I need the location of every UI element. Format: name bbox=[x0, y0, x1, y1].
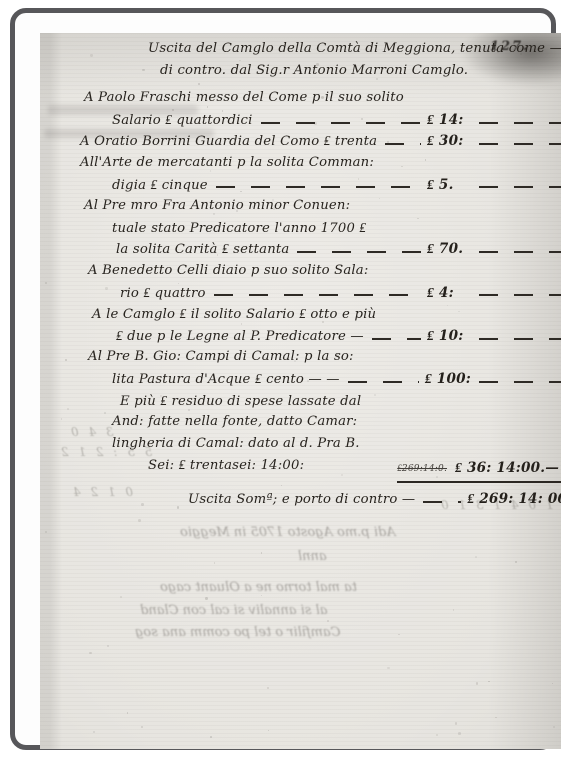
paper-speck bbox=[376, 78, 378, 80]
paper-speck bbox=[515, 561, 517, 563]
manuscript-line: A Benedetto Celli diaio p suo solito Sal… bbox=[40, 263, 561, 285]
trailing-dash-run bbox=[479, 381, 561, 383]
paper-speck bbox=[387, 667, 389, 669]
bleedthrough-text: al si annaliv si cal con Cland bbox=[140, 603, 327, 618]
amount-value: ₤ 5. bbox=[427, 177, 471, 193]
manuscript-line: E più ₤ residuo di spese lassate dal bbox=[40, 393, 561, 415]
manuscript-line: tuale stato Predicatore l'anno 1700 ₤ bbox=[40, 220, 561, 242]
paper-speck bbox=[553, 726, 555, 728]
total-amount: ₤ 36: 14:00.— bbox=[455, 460, 559, 476]
amount-value: ₤ 70. bbox=[427, 241, 471, 257]
paper-speck bbox=[436, 734, 438, 736]
paper-speck bbox=[141, 503, 144, 506]
paper-speck bbox=[436, 476, 438, 478]
manuscript-line: Al Pre mro Fra Antonio minor Conuen: bbox=[40, 198, 561, 220]
paper-speck bbox=[458, 732, 461, 735]
line-text: A le Camglo ₤ il solito Salario ₤ otto e… bbox=[92, 306, 376, 322]
line-text: Uscita Somª; e porto di contro — bbox=[188, 492, 415, 507]
trailing-dash-run bbox=[479, 338, 561, 340]
line-text: Salario ₤ quattordici bbox=[112, 112, 253, 128]
paper-speck bbox=[214, 562, 215, 563]
bleedthrough-margin-number: 0 1 2 4 bbox=[70, 485, 133, 499]
paper-speck bbox=[453, 609, 455, 611]
paper-speck bbox=[222, 110, 224, 112]
manuscript-line: Al Pre B. Gio: Campi di Camal: p la so: bbox=[40, 349, 561, 371]
dash-run bbox=[261, 122, 421, 124]
line-text: rio ₤ quattro bbox=[120, 285, 206, 301]
paper-speck bbox=[497, 51, 499, 53]
paper-speck bbox=[341, 474, 343, 476]
paper-speck bbox=[268, 730, 269, 731]
manuscript-line: Sei: ₤ trentasei: 14:00:₤269:14:0.₤ 36: … bbox=[40, 457, 561, 479]
line-text: digia ₤ cinque bbox=[112, 177, 208, 193]
paper-speck bbox=[210, 736, 212, 738]
manuscript-line: di contro. dal Sig.r Antonio Marroni Cam… bbox=[40, 63, 561, 85]
paper-speck bbox=[261, 552, 262, 553]
trailing-dash-run bbox=[479, 294, 561, 296]
bleedthrough-text: Adi p.mo Agosto 1705 in Meggio bbox=[180, 525, 396, 540]
manuscript-line: A Oratio Borrini Guardia del Como ₤ tren… bbox=[40, 133, 561, 155]
trailing-dash-run bbox=[479, 186, 561, 188]
dash-run bbox=[216, 186, 421, 188]
amount-value: ₤ 14: bbox=[427, 112, 471, 128]
paper-speck bbox=[520, 53, 522, 55]
paper-speck bbox=[314, 122, 316, 124]
bleedthrough-margin-number: 3 4 0 bbox=[68, 425, 114, 439]
paper-speck bbox=[207, 106, 208, 107]
manuscript-line: All'Arte de mercatanti p la solita Comma… bbox=[40, 155, 561, 177]
line-text: di contro. dal Sig.r Antonio Marroni Cam… bbox=[160, 63, 468, 78]
paper-speck bbox=[316, 63, 319, 66]
line-text: Sei: ₤ trentasei: 14:00: bbox=[148, 457, 304, 473]
paper-speck bbox=[120, 596, 122, 598]
scanned-manuscript-screenshot: { "document": { "folio_number": "127.", … bbox=[0, 0, 570, 760]
bleedthrough-margin-number: 1 0 4 1 3 1 0 bbox=[438, 498, 553, 512]
paper-speck bbox=[138, 519, 141, 522]
paper-speck bbox=[141, 726, 143, 728]
trailing-dash-run bbox=[479, 251, 561, 253]
manuscript-lines: Uscita del Camglo della Comtà di Meggion… bbox=[40, 41, 561, 512]
dash-run bbox=[348, 381, 419, 383]
manuscript-line: la solita Carità ₤ settanta₤ 70. bbox=[40, 241, 561, 263]
amount-value: ₤ 10: bbox=[427, 328, 471, 344]
bleedthrough-text: annl bbox=[298, 549, 327, 564]
line-text: Uscita del Camglo della Comtà di Meggion… bbox=[148, 41, 561, 56]
manuscript-page: 127. Uscita del Camglo della Comtà di Me… bbox=[40, 33, 561, 749]
trailing-dash-run bbox=[479, 143, 561, 145]
manuscript-line: lita Pastura d'Acque ₤ cento — —₤ 100: bbox=[40, 371, 561, 393]
paper-speck bbox=[93, 731, 95, 733]
total-underlined-section: ₤269:14:0.₤ 36: 14:00.— bbox=[397, 460, 561, 483]
line-text: ₤ due p le Legne al P. Predicatore — bbox=[116, 328, 364, 344]
dash-run bbox=[297, 251, 421, 253]
dash-run bbox=[214, 294, 421, 296]
paper-speck bbox=[322, 321, 324, 323]
paper-speck bbox=[552, 683, 553, 684]
line-text: And: fatte nella fonte, datto Camar: bbox=[112, 414, 357, 429]
manuscript-line: A le Camglo ₤ il solito Salario ₤ otto e… bbox=[40, 306, 561, 328]
trailing-dash-run bbox=[479, 122, 561, 124]
line-text: All'Arte de mercatanti p la solita Comma… bbox=[80, 155, 374, 170]
line-text: E più ₤ residuo di spese lassate dal bbox=[120, 393, 361, 409]
paper-speck bbox=[522, 122, 524, 124]
line-text: tuale stato Predicatore l'anno 1700 ₤ bbox=[112, 220, 366, 236]
manuscript-line: digia ₤ cinque₤ 5. bbox=[40, 177, 561, 199]
paper-speck bbox=[398, 634, 399, 635]
paper-speck bbox=[267, 687, 269, 689]
line-text: Al Pre mro Fra Antonio minor Conuen: bbox=[84, 198, 350, 213]
line-text: Al Pre B. Gio: Campi di Camal: p la so: bbox=[88, 349, 354, 364]
paper-speck bbox=[89, 652, 91, 654]
struck-correction: ₤269:14:0. bbox=[397, 463, 447, 474]
bleedthrough-text: ta mal torno ne a Oluant cago bbox=[160, 580, 357, 595]
line-text: A Paolo Fraschi messo del Come p il suo … bbox=[84, 90, 404, 105]
manuscript-line: Uscita del Camglo della Comtà di Meggion… bbox=[40, 41, 561, 63]
paper-speck bbox=[67, 408, 69, 410]
bleedthrough-text: Camfilir o tel po comm ana sog bbox=[135, 625, 341, 640]
paper-speck bbox=[65, 359, 66, 360]
amount-value: ₤ 30: bbox=[427, 133, 471, 149]
paper-speck bbox=[495, 717, 497, 719]
paper-speck bbox=[107, 645, 109, 647]
bleedthrough-margin-number: 5 5 : 2 1 2 bbox=[58, 445, 152, 459]
manuscript-line: rio ₤ quattro₤ 4: bbox=[40, 285, 561, 307]
manuscript-line: A Paolo Fraschi messo del Come p il suo … bbox=[40, 90, 561, 112]
paper-speck bbox=[476, 682, 479, 685]
dash-run bbox=[385, 143, 421, 145]
paper-speck bbox=[45, 531, 47, 533]
paper-speck bbox=[522, 46, 524, 48]
paper-speck bbox=[127, 712, 129, 714]
paper-speck bbox=[336, 354, 339, 357]
paper-speck bbox=[358, 178, 360, 180]
line-text: la solita Carità ₤ settanta bbox=[116, 241, 289, 257]
paper-speck bbox=[361, 118, 362, 119]
paper-speck bbox=[198, 83, 200, 85]
paper-speck bbox=[272, 199, 274, 201]
paper-speck bbox=[475, 556, 477, 558]
line-text: A Oratio Borrini Guardia del Como ₤ tren… bbox=[80, 133, 377, 149]
paper-speck bbox=[105, 287, 107, 289]
paper-speck bbox=[177, 506, 179, 508]
dash-run bbox=[372, 338, 421, 340]
line-text: A Benedetto Celli diaio p suo solito Sal… bbox=[88, 263, 369, 278]
manuscript-line: Salario ₤ quattordici₤ 14: bbox=[40, 112, 561, 134]
amount-value: ₤ 4: bbox=[427, 285, 471, 301]
manuscript-line: And: fatte nella fonte, datto Camar: bbox=[40, 414, 561, 436]
manuscript-line: ₤ due p le Legne al P. Predicatore —₤ 10… bbox=[40, 328, 561, 350]
amount-value: ₤ 100: bbox=[425, 371, 471, 387]
scan-frame-border: 127. Uscita del Camglo della Comtà di Me… bbox=[10, 8, 556, 750]
line-text: lita Pastura d'Acque ₤ cento — — bbox=[112, 371, 340, 387]
paper-speck bbox=[327, 620, 329, 622]
paper-speck bbox=[90, 54, 92, 56]
paper-speck bbox=[488, 681, 489, 682]
paper-speck bbox=[455, 722, 457, 724]
paper-speck bbox=[205, 597, 208, 600]
